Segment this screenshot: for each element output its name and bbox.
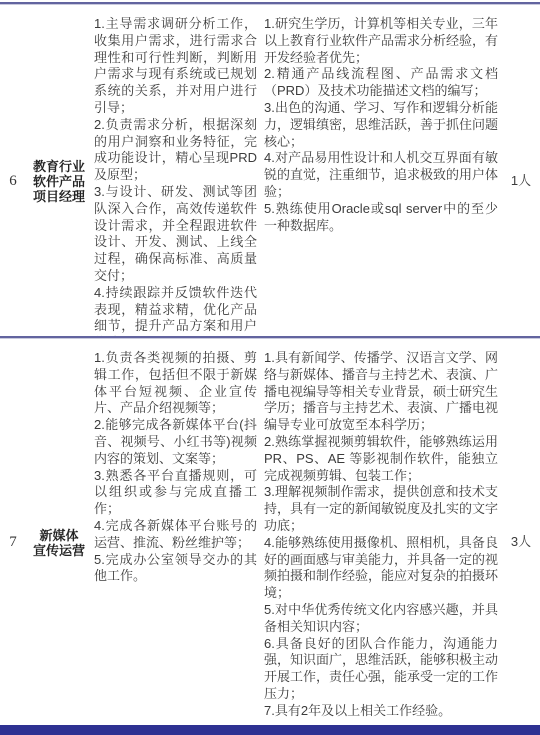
job-title: 新媒体 宣传运营	[26, 338, 92, 725]
job-duties: 1.负责各类视频的拍摄、剪辑工作，包括但不限于新媒体平台短视频、企业宣传片、产品…	[92, 338, 260, 725]
job-requirements: 1.具有新闻学、传播学、汉语言文学、网络与新媒体、播音与主持艺术、表演、广播电视…	[260, 338, 502, 725]
recruitment-table-page: 6 教育行业 软件产品 项目经理 1.主导需求调研分析工作，收集用户需求，进行需…	[0, 0, 540, 735]
job-requirements: 1.研究生学历，计算机等相关专业，三年以上教育行业软件产品需求分析经验，有开发经…	[260, 4, 502, 336]
table-row: 6 教育行业 软件产品 项目经理 1.主导需求调研分析工作，收集用户需求，进行需…	[0, 4, 540, 336]
job-duties: 1.主导需求调研分析工作，收集用户需求，进行需求合理性和可行性判断，判断用户需求…	[92, 4, 260, 336]
headcount: 1人	[502, 4, 540, 336]
headcount: 3人	[502, 338, 540, 725]
table-row: 7 新媒体 宣传运营 1.负责各类视频的拍摄、剪辑工作，包括但不限于新媒体平台短…	[0, 338, 540, 725]
footer-bar	[0, 725, 540, 735]
row-number: 7	[0, 338, 26, 725]
job-title: 教育行业 软件产品 项目经理	[26, 4, 92, 336]
row-number: 6	[0, 4, 26, 336]
